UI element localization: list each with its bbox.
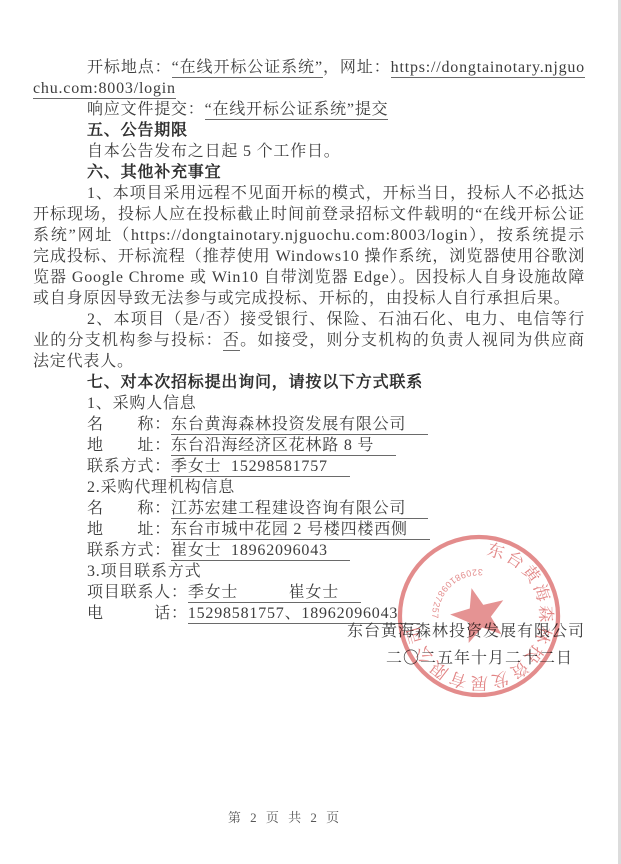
agency-info-title: 2.采购代理机构信息: [33, 477, 585, 498]
agency-address-row: 地 址：东台市城中花园 2 号楼四楼西侧: [87, 519, 585, 540]
signature-block: 东台黄海森林投资发展有限公司 二〇二五年十月二十二日: [347, 618, 585, 672]
agency-contact-row: 联系方式：崔女士 18962096043: [87, 540, 585, 561]
purchaser-contact-row: 联系方式：季女士 15298581757: [87, 456, 585, 477]
bid-opening-location-line: 开标地点：“在线开标公证系统”，网址：https://dongtainotary…: [33, 57, 585, 99]
page-number: 第 2 页 共 2 页: [228, 810, 342, 825]
signature-company: 东台黄海森林投资发展有限公司: [347, 618, 585, 645]
agency-contact-label: 联系方式：: [87, 542, 171, 559]
section-5-heading: 五、公告期限: [33, 120, 585, 141]
section-7-heading: 七、对本次招标提出询问，请按以下方式联系: [33, 372, 585, 393]
signature-date: 二〇二五年十月二十二日: [347, 645, 585, 672]
bid-opening-system-name: “在线开标公证系统”: [172, 59, 323, 78]
purchaser-contact-value: 季女士 15298581757: [171, 458, 350, 477]
response-submission-line: 响应文件提交：“在线开标公证系统”提交: [33, 99, 585, 120]
branch-answer: 否: [223, 332, 240, 351]
purchaser-address-label: 地 址：: [87, 437, 171, 454]
section-6-heading: 六、其他补充事宜: [33, 162, 585, 183]
purchaser-info-title: 1、采购人信息: [33, 393, 585, 414]
agency-name-label: 名 称：: [87, 500, 171, 517]
purchaser-name-label: 名 称：: [87, 416, 171, 433]
agency-name-value: 江苏宏建工程建设咨询有限公司: [171, 500, 428, 519]
agency-address-value: 东台市城中花园 2 号楼四楼西侧: [171, 521, 430, 540]
project-contact-title: 3.项目联系方式: [33, 561, 585, 582]
response-submission-value: “在线开标公证系统”提交: [205, 101, 389, 120]
purchaser-address-row: 地 址：东台沿海经济区花林路 8 号: [87, 435, 585, 456]
project-contacts-row: 项目联系人：季女士 崔女士: [87, 582, 585, 603]
agency-contact-value: 崔女士 18962096043: [171, 542, 350, 561]
purchaser-name-value: 东台黄海森林投资发展有限公司: [171, 416, 428, 435]
project-phone-label: 电 话：: [87, 605, 188, 622]
bid-opening-url-label: ，网址：: [323, 59, 391, 76]
project-contacts-value: 季女士 崔女士: [188, 584, 361, 603]
purchaser-address-value: 东台沿海经济区花林路 8 号: [171, 437, 396, 456]
bid-opening-label: 开标地点：: [87, 59, 172, 76]
document-body: 开标地点：“在线开标公证系统”，网址：https://dongtainotary…: [33, 57, 585, 624]
response-submission-label: 响应文件提交：: [87, 101, 205, 118]
section-6-item-1: 1、本项目采用远程不见面开标的模式，开标当日，投标人不必抵达开标现场，投标人应在…: [33, 183, 585, 309]
section-6-item-2: 2、本项目（是/否）接受银行、保险、石油石化、电力、电信等行业的分支机构参与投标…: [33, 309, 585, 372]
page-footer: 第 2 页 共 2 页: [0, 791, 545, 842]
purchaser-name-row: 名 称：东台黄海森林投资发展有限公司: [87, 414, 585, 435]
project-contacts-label: 项目联系人：: [87, 584, 188, 601]
agency-name-row: 名 称：江苏宏建工程建设咨询有限公司: [87, 498, 585, 519]
agency-address-label: 地 址：: [87, 521, 171, 538]
document-page: 开标地点：“在线开标公证系统”，网址：https://dongtainotary…: [0, 0, 621, 864]
purchaser-contact-label: 联系方式：: [87, 458, 171, 475]
section-5-body: 自本公告发布之日起 5 个工作日。: [33, 141, 585, 162]
